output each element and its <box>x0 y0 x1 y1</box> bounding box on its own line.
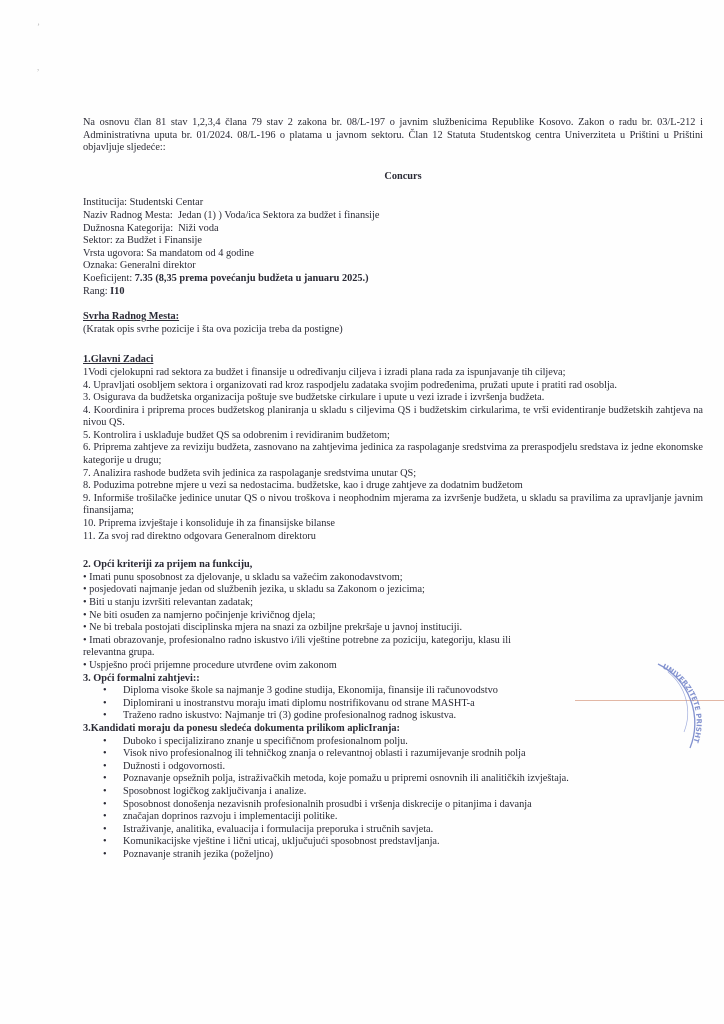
section-main-tasks-heading: 1.Glavni Zadaci <box>83 354 703 367</box>
section-formal-requirements-heading: 3. Opći formalni zahtjevi:: <box>83 673 703 686</box>
document-item: •Duboko i specijalizirano znanje u speci… <box>83 736 703 749</box>
documents-list: •Duboko i specijalizirano znanje u speci… <box>83 736 703 862</box>
general-criteria-list: • Imati punu sposobnost za djelovanje, u… <box>83 572 703 673</box>
task-item: 8. Poduzima potrebne mjere u vezi sa ned… <box>83 480 703 493</box>
task-item: 5. Kontrolira i usklađuje budžet QS sa o… <box>83 430 703 443</box>
bullet-icon: • <box>103 685 107 698</box>
document-item: •Visok nivo profesionalnog ili tehničkog… <box>83 748 703 761</box>
task-item: 4. Koordinira i priprema proces budžetsk… <box>83 405 703 430</box>
info-rang: Rang: I10 <box>83 286 703 299</box>
task-item: 4. Upravljati osobljem sektora i organiz… <box>83 380 703 393</box>
criteria-item: • Ne biti osuđen za namjerno počinjenje … <box>83 610 703 623</box>
bullet-icon: • <box>103 849 107 862</box>
purpose-heading: Svrha Radnog Mesta: <box>83 311 703 324</box>
task-item: 6. Priprema zahtjeve za reviziju budžeta… <box>83 442 703 467</box>
document-item: •Komunikacijske vještine i lični uticaj,… <box>83 836 703 849</box>
info-koeficijent: Koeficijent: 7.35 (8,35 prema povećanju … <box>83 273 703 286</box>
bullet-icon: • <box>103 748 107 761</box>
intro-paragraph: Na osnovu član 81 stav 1,2,3,4 člana 79 … <box>83 117 703 155</box>
scan-mark: , <box>37 63 39 72</box>
document-title: Concurs <box>83 171 703 184</box>
task-item: 9. Informiše trošilačke jedinice unutar … <box>83 493 703 518</box>
task-item: 1Vodi cjelokupni rad sektora za budžet i… <box>83 367 703 380</box>
info-duznosna-kategorija: Dužnosna Kategorija: Niži voda <box>83 223 703 236</box>
info-oznaka: Oznaka: Generalni direktor <box>83 260 703 273</box>
requirement-item: •Traženo radno iskustvo: Najmanje tri (3… <box>83 710 703 723</box>
task-item: 3. Osigurava da budžetska organizacija p… <box>83 392 703 405</box>
document-item: •Sposobnost logičkog zaključivanja i ana… <box>83 786 703 799</box>
document-item: •Istraživanje, analitika, evaluacija i f… <box>83 824 703 837</box>
criteria-item: • Biti u stanju izvršiti relevantan zada… <box>83 597 703 610</box>
purpose-text: (Kratak opis svrhe pozicije i šta ova po… <box>83 324 703 337</box>
criteria-item: • Imati punu sposobnost za djelovanje, u… <box>83 572 703 585</box>
criteria-item: • Imati obrazovanje, profesionalno radno… <box>83 635 703 648</box>
bullet-icon: • <box>103 836 107 849</box>
criteria-item: • Ne bi trebala postojati disciplinska m… <box>83 622 703 635</box>
info-institucija: Institucija: Studentski Centar <box>83 197 703 210</box>
bullet-icon: • <box>103 698 107 711</box>
criteria-item: • posjedovati najmanje jedan od službeni… <box>83 584 703 597</box>
bullet-icon: • <box>103 710 107 723</box>
task-item: 11. Za svoj rad direktno odgovara Genera… <box>83 531 703 544</box>
document-item: •Dužnosti i odgovornosti. <box>83 761 703 774</box>
bullet-icon: • <box>103 811 107 824</box>
document-item: •Poznavanje stranih jezika (poželjno) <box>83 849 703 862</box>
official-stamp-icon: UNIVERZITETE PRISHTINES · OF PRISHTINA <box>654 660 724 750</box>
task-item: 7. Analizira rashode budžeta svih jedini… <box>83 468 703 481</box>
document-item: •Sposobnost donošenja nezavisnih profesi… <box>83 799 703 812</box>
info-naziv-radnog-mesta: Naziv Radnog Mesta: Jedan (1) ) Voda/ica… <box>83 210 703 223</box>
formal-requirements-list: •Diploma visoke škole sa najmanje 3 godi… <box>83 685 703 723</box>
section-documents-heading: 3.Kandidati moraju da ponesu sledeća dok… <box>83 723 703 736</box>
document-page: ’ , Na osnovu član 81 stav 1,2,3,4 člana… <box>0 0 724 1024</box>
info-vrsta-ugovora: Vrsta ugovora: Sa mandatom od 4 godine <box>83 248 703 261</box>
info-block: Institucija: Studentski Centar Naziv Rad… <box>83 197 703 298</box>
main-tasks-list: 1Vodi cjelokupni rad sektora za budžet i… <box>83 367 703 543</box>
document-item: •Poznavanje opsežnih polja, istraživački… <box>83 773 703 786</box>
requirement-item: •Diploma visoke škole sa najmanje 3 godi… <box>83 685 703 698</box>
bullet-icon: • <box>103 786 107 799</box>
section-general-criteria-heading: 2. Opći kriteriji za prijem na funkciju, <box>83 559 703 572</box>
criteria-item: • Uspješno proći prijemne procedure utvr… <box>83 660 703 673</box>
document-body: Na osnovu član 81 stav 1,2,3,4 člana 79 … <box>83 117 703 861</box>
bullet-icon: • <box>103 799 107 812</box>
bullet-icon: • <box>103 824 107 837</box>
document-item: •značajan doprinos razvoju i implementac… <box>83 811 703 824</box>
bullet-icon: • <box>103 773 107 786</box>
info-sektor: Sektor: za Budžet i Finansije <box>83 235 703 248</box>
bullet-icon: • <box>103 736 107 749</box>
task-item: 10. Priprema izvještaje i konsoliduje ih… <box>83 518 703 531</box>
svg-text:UNIVERZITETE PRISHTINES · OF P: UNIVERZITETE PRISHTINES · OF PRISHTINA <box>654 660 703 744</box>
criteria-item: relevantna grupa. <box>83 647 703 660</box>
bullet-icon: • <box>103 761 107 774</box>
scan-mark: ’ <box>37 23 40 32</box>
